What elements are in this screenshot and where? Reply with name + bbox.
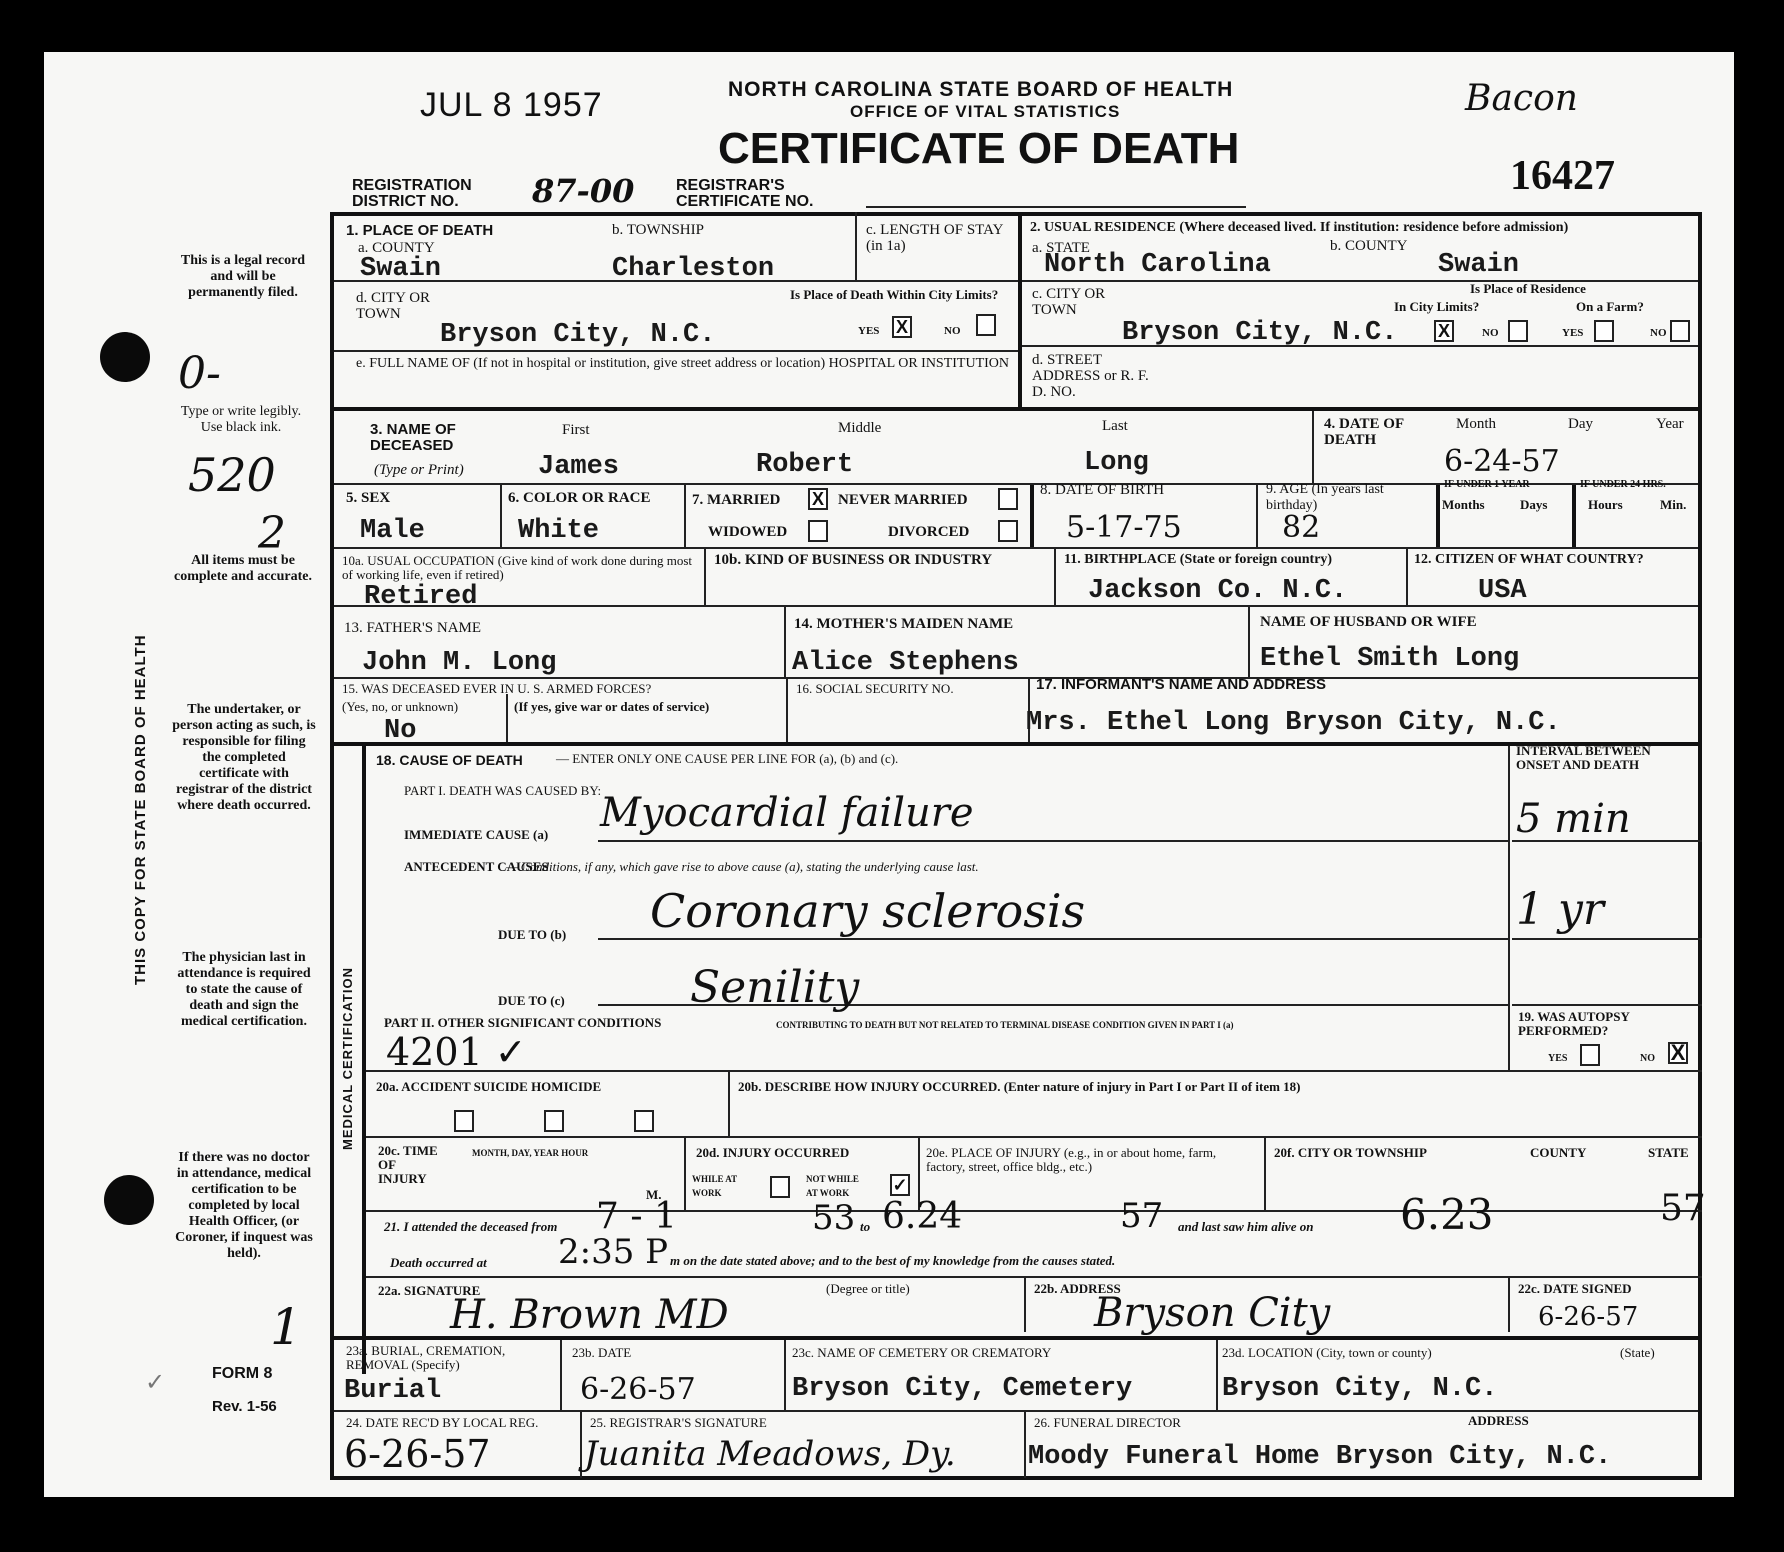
burial-location-label: 23d. LOCATION (City, town or county) — [1222, 1346, 1432, 1360]
residence-state-value: North Carolina — [1044, 250, 1271, 280]
death-township-value: Charleston — [612, 254, 774, 284]
divider — [580, 1412, 582, 1478]
divider — [334, 547, 1698, 549]
within-city-limits-label: Is Place of Death Within City Limits? — [790, 288, 1010, 302]
days-label: Days — [1520, 498, 1547, 512]
due-to-c-label: DUE TO (c) — [498, 994, 565, 1008]
interval-b-line — [1512, 938, 1702, 940]
form-id: FORM 8 — [212, 1365, 272, 1383]
divider — [334, 1336, 1698, 1340]
check-mark-icon: ✓ — [145, 1368, 165, 1397]
dob-label: 8. DATE OF BIRTH — [1040, 482, 1164, 498]
divider — [366, 1136, 1702, 1138]
occupation-value: Retired — [364, 582, 477, 612]
divider — [1572, 485, 1576, 547]
certificate-form — [330, 212, 1702, 1480]
part-1-label: PART I. DEATH WAS CAUSED BY: — [404, 784, 601, 798]
not-while-at-work-checkbox[interactable]: ✓ — [890, 1174, 910, 1196]
registrar-certificate-line — [866, 206, 1246, 208]
immediate-cause-value: Myocardial failure — [600, 790, 974, 836]
office-name: OFFICE OF VITAL STATISTICS — [850, 102, 1120, 122]
mother-value: Alice Stephens — [792, 648, 1019, 678]
within-limits-no-checkbox[interactable] — [976, 314, 996, 336]
attended-to-value: 6.24 — [882, 1196, 962, 1237]
registration-district-label: REGISTRATION DISTRICT NO. — [352, 178, 522, 210]
degree-label: (Degree or title) — [826, 1282, 910, 1296]
disposition-label: 23a. BURIAL, CREMATION, REMOVAL (Specify… — [346, 1344, 556, 1372]
note-no-doctor: If there was no doctor in attendance, me… — [172, 1150, 316, 1262]
homicide-checkbox[interactable] — [634, 1110, 654, 1132]
sex-value: Male — [360, 516, 425, 546]
note-undertaker: The undertaker, or person acting as such… — [172, 702, 316, 814]
death-occurred-suffix: m on the date stated above; and to the b… — [670, 1254, 1115, 1268]
injury-description-label: 20b. DESCRIBE HOW INJURY OCCURRED. (Ente… — [738, 1080, 1301, 1094]
birthplace-value: Jackson Co. N.C. — [1088, 576, 1347, 606]
immediate-cause-line — [598, 840, 1508, 842]
age-value: 82 — [1282, 510, 1320, 545]
industry-label: 10b. KIND OF BUSINESS OR INDUSTRY — [714, 552, 992, 568]
date-signed-label: 22c. DATE SIGNED — [1518, 1282, 1632, 1296]
divider — [1216, 1340, 1218, 1410]
divider — [684, 485, 686, 547]
under-1-year-label: IF UNDER 1 YEAR — [1444, 478, 1530, 492]
part-2-label: PART II. OTHER SIGNIFICANT CONDITIONS — [384, 1016, 661, 1030]
divider — [1018, 212, 1022, 407]
never-married-checkbox[interactable] — [998, 488, 1018, 510]
year-label: Year — [1656, 416, 1684, 432]
street-address-label: d. STREET ADDRESS or R. F. D. NO. — [1032, 352, 1162, 400]
attended-to-year: 57 — [1120, 1196, 1163, 1236]
divider — [1022, 280, 1698, 282]
note-physician: The physician last in attendance is requ… — [172, 950, 316, 1030]
binder-hole-bottom — [104, 1175, 154, 1225]
interval-label: INTERVAL BETWEEN ONSET AND DEATH — [1516, 744, 1696, 772]
death-time-value: 2:35 P — [558, 1232, 668, 1272]
hours-label: Hours — [1588, 498, 1623, 512]
while-at-work-checkbox[interactable] — [770, 1176, 790, 1198]
burial-date-value: 6-26-57 — [580, 1372, 696, 1407]
autopsy-label: 19. WAS AUTOPSY PERFORMED? — [1518, 1010, 1698, 1038]
interval-c-line — [1512, 1004, 1702, 1006]
divider — [1054, 549, 1056, 605]
time-of-injury-label: 20c. TIME OF INJURY — [378, 1144, 438, 1186]
divider — [366, 1210, 1702, 1212]
within-limits-yes-label: YES — [858, 324, 879, 338]
divider — [506, 694, 508, 742]
residence-county-label: b. COUNTY — [1330, 238, 1408, 254]
injury-state-label: STATE — [1648, 1146, 1689, 1160]
divider — [560, 1340, 562, 1410]
ssn-label: 16. SOCIAL SECURITY NO. — [796, 682, 954, 696]
township-label: b. TOWNSHIP — [612, 222, 704, 238]
divider — [366, 1070, 1702, 1072]
burial-date-label: 23b. DATE — [572, 1346, 631, 1360]
spouse-label: NAME OF HUSBAND OR WIFE — [1260, 614, 1477, 630]
citizen-label: 12. CITIZEN OF WHAT COUNTRY? — [1414, 552, 1644, 568]
divorced-label: DIVORCED — [888, 524, 969, 540]
certificate-title: CERTIFICATE OF DEATH — [718, 124, 1239, 174]
armed-forces-service-hint: (If yes, give war or dates of service) — [514, 700, 709, 714]
date-received-label: 24. DATE REC'D BY LOCAL REG. — [346, 1416, 576, 1430]
time-of-injury-hint: MONTH, DAY, YEAR HOUR — [472, 1146, 588, 1160]
type-or-print-hint: (Type or Print) — [374, 462, 464, 478]
divider — [1264, 1136, 1266, 1210]
usual-residence-label: 2. USUAL RESIDENCE (Where deceased lived… — [1030, 220, 1700, 236]
on-farm-no-label: NO — [1650, 326, 1667, 340]
place-of-death-label: 1. PLACE OF DEATH — [346, 222, 493, 239]
min-label: Min. — [1660, 498, 1686, 512]
date-of-death-value: 6-24-57 — [1444, 444, 1560, 479]
handwritten-mark-0: 0- — [178, 348, 221, 399]
accident-checkbox[interactable] — [454, 1110, 474, 1132]
divider — [366, 1276, 1702, 1278]
divider — [334, 350, 1018, 352]
first-name-value: James — [538, 452, 619, 482]
injury-county-label: COUNTY — [1530, 1146, 1586, 1160]
divider — [362, 746, 366, 1374]
widowed-checkbox[interactable] — [808, 520, 828, 542]
funeral-director-value: Moody Funeral Home Bryson City, N.C. — [1028, 1442, 1611, 1472]
residence-city-label: c. CITY OR TOWN — [1032, 286, 1112, 318]
physician-address-value: Bryson City — [1094, 1290, 1330, 1336]
divider — [1024, 1276, 1026, 1332]
dob-value: 5-17-75 — [1066, 510, 1182, 545]
divider — [334, 742, 1698, 746]
place-of-injury-label: 20e. PLACE OF INJURY (e.g., in or about … — [926, 1146, 1256, 1174]
attended-to-label: to — [860, 1220, 870, 1234]
divider — [855, 212, 857, 280]
binder-hole-top — [100, 332, 150, 382]
burial-state-label: (State) — [1620, 1346, 1655, 1360]
registrar-signature-label: 25. REGISTRAR'S SIGNATURE — [590, 1416, 767, 1430]
divider — [500, 485, 502, 547]
accident-suicide-homicide-label: 20a. ACCIDENT SUICIDE HOMICIDE — [376, 1080, 601, 1094]
divorced-checkbox[interactable] — [998, 520, 1018, 542]
injury-occurred-label: 20d. INJURY OCCURRED — [696, 1146, 849, 1160]
city-town-label: d. CITY OR TOWN — [356, 290, 446, 322]
note-type-legibly: Type or write legibly. Use black ink. — [176, 404, 306, 436]
divider — [334, 407, 1698, 411]
attended-from-year: 53 — [812, 1198, 855, 1238]
while-at-work-label: WHILE AT WORK — [692, 1172, 762, 1200]
months-label: Months — [1442, 498, 1485, 512]
immediate-interval-value: 5 min — [1516, 796, 1631, 842]
funeral-director-address-label: ADDRESS — [1468, 1414, 1529, 1428]
note-complete-accurate: All items must be complete and accurate. — [172, 553, 314, 585]
middle-name-value: Robert — [756, 450, 853, 480]
due-to-b-label: DUE TO (b) — [498, 928, 566, 942]
in-limits-yes-checkbox[interactable]: X — [1434, 320, 1454, 342]
within-limits-no-label: NO — [944, 324, 961, 338]
divider — [1436, 485, 1440, 547]
race-value: White — [518, 516, 599, 546]
handwritten-mark-520: 520 — [188, 448, 276, 502]
death-city-value: Bryson City, N.C. — [440, 320, 715, 350]
spouse-value: Ethel Smith Long — [1260, 644, 1519, 674]
armed-forces-value: No — [384, 716, 416, 746]
antecedent-hint: — Conditions, if any, which gave rise to… — [506, 860, 979, 874]
not-while-at-work-label: NOT WHILE AT WORK — [806, 1172, 866, 1200]
armed-forces-hint: (Yes, no, or unknown) — [342, 700, 458, 714]
hospital-label: e. FULL NAME OF (If not in hospital or i… — [356, 356, 1016, 372]
place-of-residence-label: Is Place of Residence — [1470, 282, 1586, 296]
divider — [1248, 607, 1250, 677]
on-farm-yes-checkbox[interactable] — [1594, 320, 1614, 342]
armed-forces-label: 15. WAS DECEASED EVER IN U. S. ARMED FOR… — [342, 682, 651, 696]
never-married-label: NEVER MARRIED — [838, 492, 968, 508]
handwritten-mark-1: 1 — [270, 1298, 302, 1356]
burial-location-value: Bryson City, N.C. — [1222, 1374, 1497, 1404]
divider — [728, 1070, 730, 1136]
attended-from-label: 21. I attended the deceased from — [384, 1220, 557, 1234]
residence-county-value: Swain — [1438, 250, 1519, 280]
part-2-hint: CONTRIBUTING TO DEATH BUT NOT RELATED TO… — [776, 1018, 1233, 1032]
first-label: First — [562, 422, 590, 438]
name-of-deceased-label: 3. NAME OF DECEASED — [370, 422, 490, 454]
divider — [684, 1136, 686, 1210]
board-name: NORTH CAROLINA STATE BOARD OF HEALTH — [728, 78, 1233, 102]
in-city-limits-label: In City Limits? — [1394, 300, 1479, 314]
injury-city-label: 20f. CITY OR TOWNSHIP — [1274, 1146, 1427, 1160]
day-label: Day — [1568, 416, 1593, 432]
divider — [334, 1410, 1698, 1412]
citizen-value: USA — [1478, 576, 1527, 606]
registrar-signature-value: Juanita Meadows, Dy. — [584, 1434, 956, 1474]
divider — [1024, 1412, 1026, 1478]
last-saw-label: and last saw him alive on — [1178, 1220, 1313, 1234]
on-farm-label: On a Farm? — [1576, 300, 1644, 314]
within-limits-yes-checkbox[interactable]: X — [892, 316, 912, 338]
race-label: 6. COLOR OR RACE — [508, 490, 651, 506]
under-24-hrs-label: IF UNDER 24 HRS. — [1580, 478, 1666, 492]
divider — [704, 549, 706, 605]
note-legal-record: This is a legal record and will be perma… — [172, 253, 314, 301]
last-name-value: Long — [1084, 448, 1149, 478]
registration-district-value: 87-00 — [532, 172, 634, 210]
death-occurred-at-label: Death occurred at — [390, 1256, 487, 1270]
on-farm-yes-label: YES — [1562, 326, 1583, 340]
divider — [786, 679, 788, 742]
divider — [1406, 549, 1408, 605]
suicide-checkbox[interactable] — [544, 1110, 564, 1132]
informant-label: 17. INFORMANT'S NAME AND ADDRESS — [1036, 676, 1326, 693]
date-signed-value: 6-26-57 — [1538, 1302, 1638, 1332]
month-label: Month — [1456, 416, 1496, 432]
autopsy-no-checkbox[interactable]: X — [1668, 1042, 1688, 1064]
divider — [784, 607, 786, 677]
mother-label: 14. MOTHER'S MAIDEN NAME — [794, 616, 1013, 632]
father-label: 13. FATHER'S NAME — [344, 620, 481, 636]
cause-of-death-label: 18. CAUSE OF DEATH — [376, 752, 523, 768]
divider — [1312, 411, 1314, 483]
date-received-value: 6-26-57 — [344, 1432, 491, 1476]
autopsy-no-label: NO — [1640, 1052, 1655, 1066]
father-value: John M. Long — [362, 648, 556, 678]
due-to-b-interval-value: 1 yr — [1516, 884, 1604, 935]
annotation-name: Bacon — [1465, 78, 1578, 119]
birthplace-label: 11. BIRTHPLACE (State or foreign country… — [1064, 552, 1332, 568]
death-county-value: Swain — [360, 254, 441, 284]
middle-label: Middle — [838, 420, 881, 436]
physician-signature: H. Brown MD — [450, 1292, 729, 1338]
form-revision: Rev. 1-56 — [212, 1398, 277, 1415]
in-limits-no-label: NO — [1482, 326, 1499, 340]
vertical-copy-label: THIS COPY FOR STATE BOARD OF HEALTH — [132, 634, 149, 985]
funeral-director-label: 26. FUNERAL DIRECTOR — [1034, 1416, 1181, 1430]
occupation-label: 10a. USUAL OCCUPATION (Give kind of work… — [342, 554, 702, 582]
medical-certification-label: MEDICAL CERTIFICATION — [340, 967, 355, 1150]
attended-from-value: 7 - 1 — [596, 1196, 677, 1237]
divider — [1508, 746, 1510, 1070]
due-to-c-value: Senility — [690, 962, 859, 1013]
married-checkbox[interactable]: X — [808, 488, 828, 510]
divider — [784, 1340, 786, 1410]
autopsy-yes-checkbox[interactable] — [1580, 1044, 1600, 1066]
last-saw-value: 6.23 — [1400, 1190, 1494, 1239]
informant-value: Mrs. Ethel Long Bryson City, N.C. — [1026, 708, 1561, 738]
due-to-b-line — [598, 938, 1508, 940]
last-label: Last — [1102, 418, 1128, 434]
immediate-cause-label: IMMEDIATE CAUSE (a) — [404, 828, 548, 842]
cemetery-label: 23c. NAME OF CEMETERY OR CREMATORY — [792, 1346, 1051, 1360]
handwritten-mark-2: 2 — [258, 508, 286, 559]
registrar-certificate-label: REGISTRAR'S CERTIFICATE NO. — [676, 178, 866, 210]
married-label: 7. MARRIED — [692, 492, 780, 508]
in-limits-no-checkbox[interactable] — [1508, 320, 1528, 342]
on-farm-no-checkbox[interactable] — [1670, 320, 1690, 342]
received-date-stamp: JUL 8 1957 — [420, 86, 603, 125]
widowed-label: WIDOWED — [708, 524, 787, 540]
sex-label: 5. SEX — [346, 490, 390, 506]
date-of-death-label: 4. DATE OF DEATH — [1324, 416, 1414, 448]
last-saw-year: 57 — [1660, 1188, 1706, 1229]
divider — [1508, 1276, 1510, 1332]
cemetery-value: Bryson City, Cemetery — [792, 1374, 1132, 1404]
due-to-b-value: Coronary sclerosis — [650, 884, 1085, 938]
disposition-value: Burial — [344, 1376, 441, 1406]
divider — [1030, 485, 1034, 547]
length-of-stay-label: c. LENGTH OF STAY (in 1a) — [866, 222, 1006, 254]
part-2-code: 4201 ✓ — [386, 1030, 527, 1074]
certificate-number: 16427 — [1510, 152, 1615, 200]
cause-of-death-hint: — ENTER ONLY ONE CAUSE PER LINE FOR (a),… — [556, 752, 898, 766]
residence-city-value: Bryson City, N.C. — [1122, 318, 1397, 348]
autopsy-yes-label: YES — [1548, 1052, 1567, 1066]
divider — [1256, 485, 1258, 547]
